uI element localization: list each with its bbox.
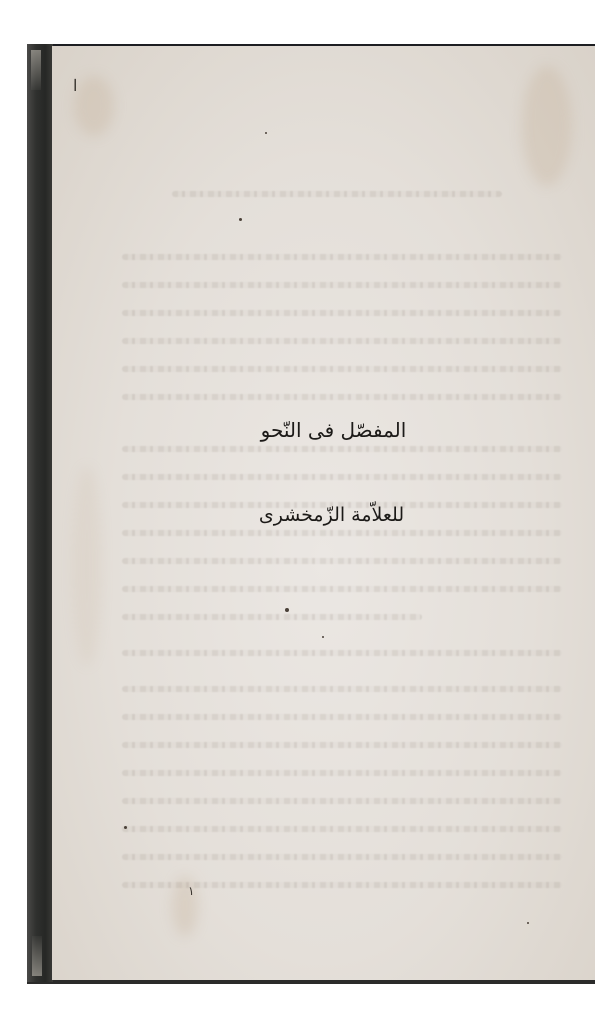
bleed-through-line bbox=[122, 366, 562, 372]
bleed-through-line bbox=[122, 826, 562, 832]
bleed-through-line bbox=[122, 394, 562, 400]
bleed-through-line bbox=[122, 310, 562, 316]
bleed-through-line bbox=[122, 338, 562, 344]
bleed-through-line bbox=[122, 854, 562, 860]
foxing-stain bbox=[74, 76, 114, 136]
bleed-through-line bbox=[122, 474, 562, 480]
bleed-through-line bbox=[122, 254, 562, 260]
ink-speck bbox=[285, 608, 289, 612]
bleed-through-line bbox=[122, 614, 422, 620]
foxing-stain bbox=[72, 466, 102, 666]
title-page: ا المفصّل فى النّحو للعلاّمة الزّمخشرى ١ bbox=[52, 46, 595, 980]
bleed-through-line bbox=[122, 650, 562, 656]
bleed-through-line bbox=[122, 558, 562, 564]
bleed-through-line bbox=[122, 586, 562, 592]
photo-scene: ا المفصّل فى النّحو للعلاّمة الزّمخشرى ١ bbox=[0, 0, 595, 1024]
bleed-through-line bbox=[122, 742, 562, 748]
bleed-through-line bbox=[122, 282, 562, 288]
bleed-through-line bbox=[122, 714, 562, 720]
bleed-through-line bbox=[122, 530, 562, 536]
author-line: للعلاّمة الزّمخشرى bbox=[52, 504, 595, 526]
ink-speck bbox=[322, 636, 324, 638]
ink-speck bbox=[265, 132, 267, 134]
bleed-through-line bbox=[172, 191, 502, 197]
book-spine bbox=[27, 44, 53, 982]
book: ا المفصّل فى النّحو للعلاّمة الزّمخشرى ١ bbox=[27, 44, 595, 982]
bleed-through-line bbox=[122, 798, 562, 804]
bleed-through-line bbox=[122, 770, 562, 776]
corner-pencil-mark: ا bbox=[73, 76, 77, 95]
ink-speck bbox=[124, 826, 127, 829]
bleed-through-line bbox=[122, 686, 562, 692]
ink-speck bbox=[527, 922, 529, 924]
ink-speck bbox=[239, 218, 242, 221]
bleed-through-line bbox=[122, 446, 562, 452]
bottom-mark: ١ bbox=[188, 884, 194, 898]
foxing-stain bbox=[522, 66, 572, 186]
spine-wear-bottom bbox=[32, 936, 42, 976]
book-title: المفصّل فى النّحو bbox=[52, 418, 595, 442]
spine-wear-top bbox=[31, 50, 41, 90]
